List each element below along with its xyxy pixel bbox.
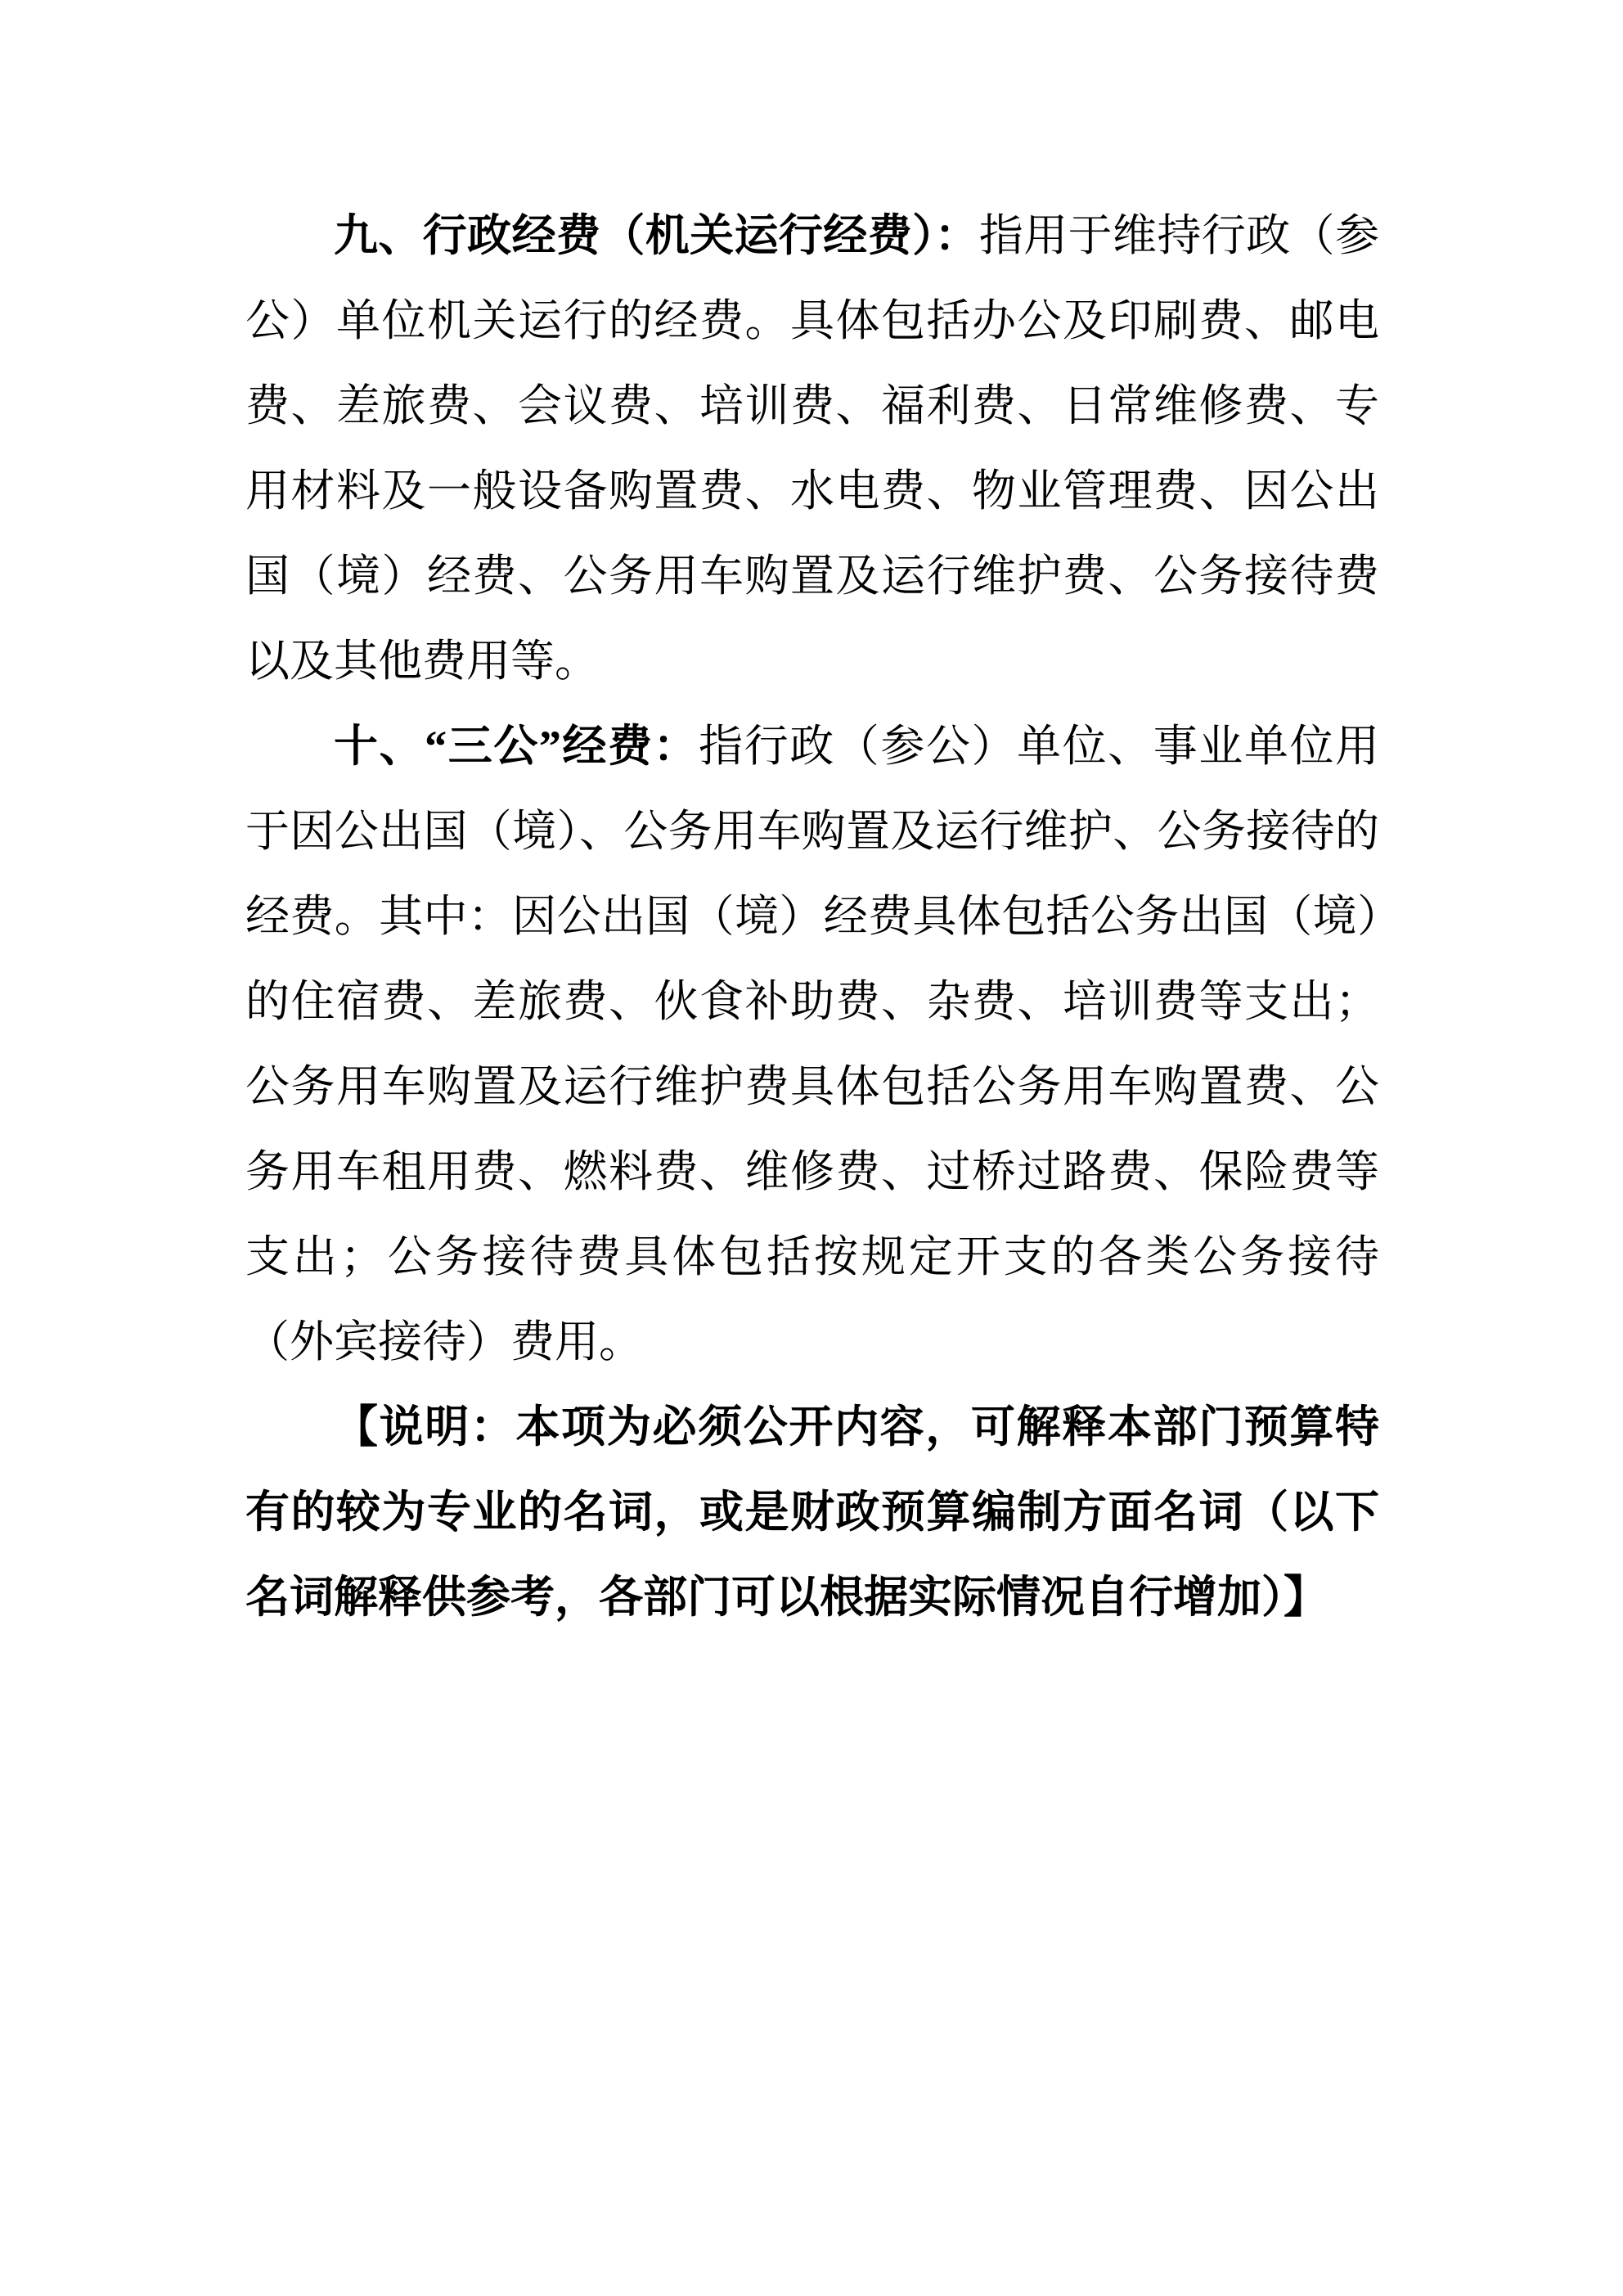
- paragraph-administrative-expense-heading: 九、行政经费（机关运行经费）：: [334, 211, 979, 260]
- paragraph-three-public-expense-body: 指行政（参公）单位、事业单位用于因公出国（境）、公务用车购置及运行维护、公务接待…: [245, 722, 1379, 1366]
- paragraph-administrative-expense-body: 指用于维持行政（参公）单位机关运行的经费。具体包括办公及印刷费、邮电费、差旅费、…: [245, 211, 1379, 686]
- document-text-block: 九、行政经费（机关运行经费）：指用于维持行政（参公）单位机关运行的经费。具体包括…: [245, 193, 1379, 1640]
- paragraph-three-public-expense: 十、“三公”经费：指行政（参公）单位、事业单位用于因公出国（境）、公务用车购置及…: [245, 704, 1379, 1384]
- document-page: 九、行政经费（机关运行经费）：指用于维持行政（参公）单位机关运行的经费。具体包括…: [0, 0, 1623, 2296]
- paragraph-administrative-expense: 九、行政经费（机关运行经费）：指用于维持行政（参公）单位机关运行的经费。具体包括…: [245, 193, 1379, 704]
- paragraph-three-public-expense-heading: 十、“三公”经费：: [334, 722, 699, 771]
- paragraph-editor-note: 【说明：本项为必须公开内容，可解释本部门预算特有的较为专业的名词，或是财政预算编…: [245, 1384, 1379, 1640]
- paragraph-editor-note-text: 【说明：本项为必须公开内容，可解释本部门预算特有的较为专业的名词，或是财政预算编…: [245, 1402, 1379, 1622]
